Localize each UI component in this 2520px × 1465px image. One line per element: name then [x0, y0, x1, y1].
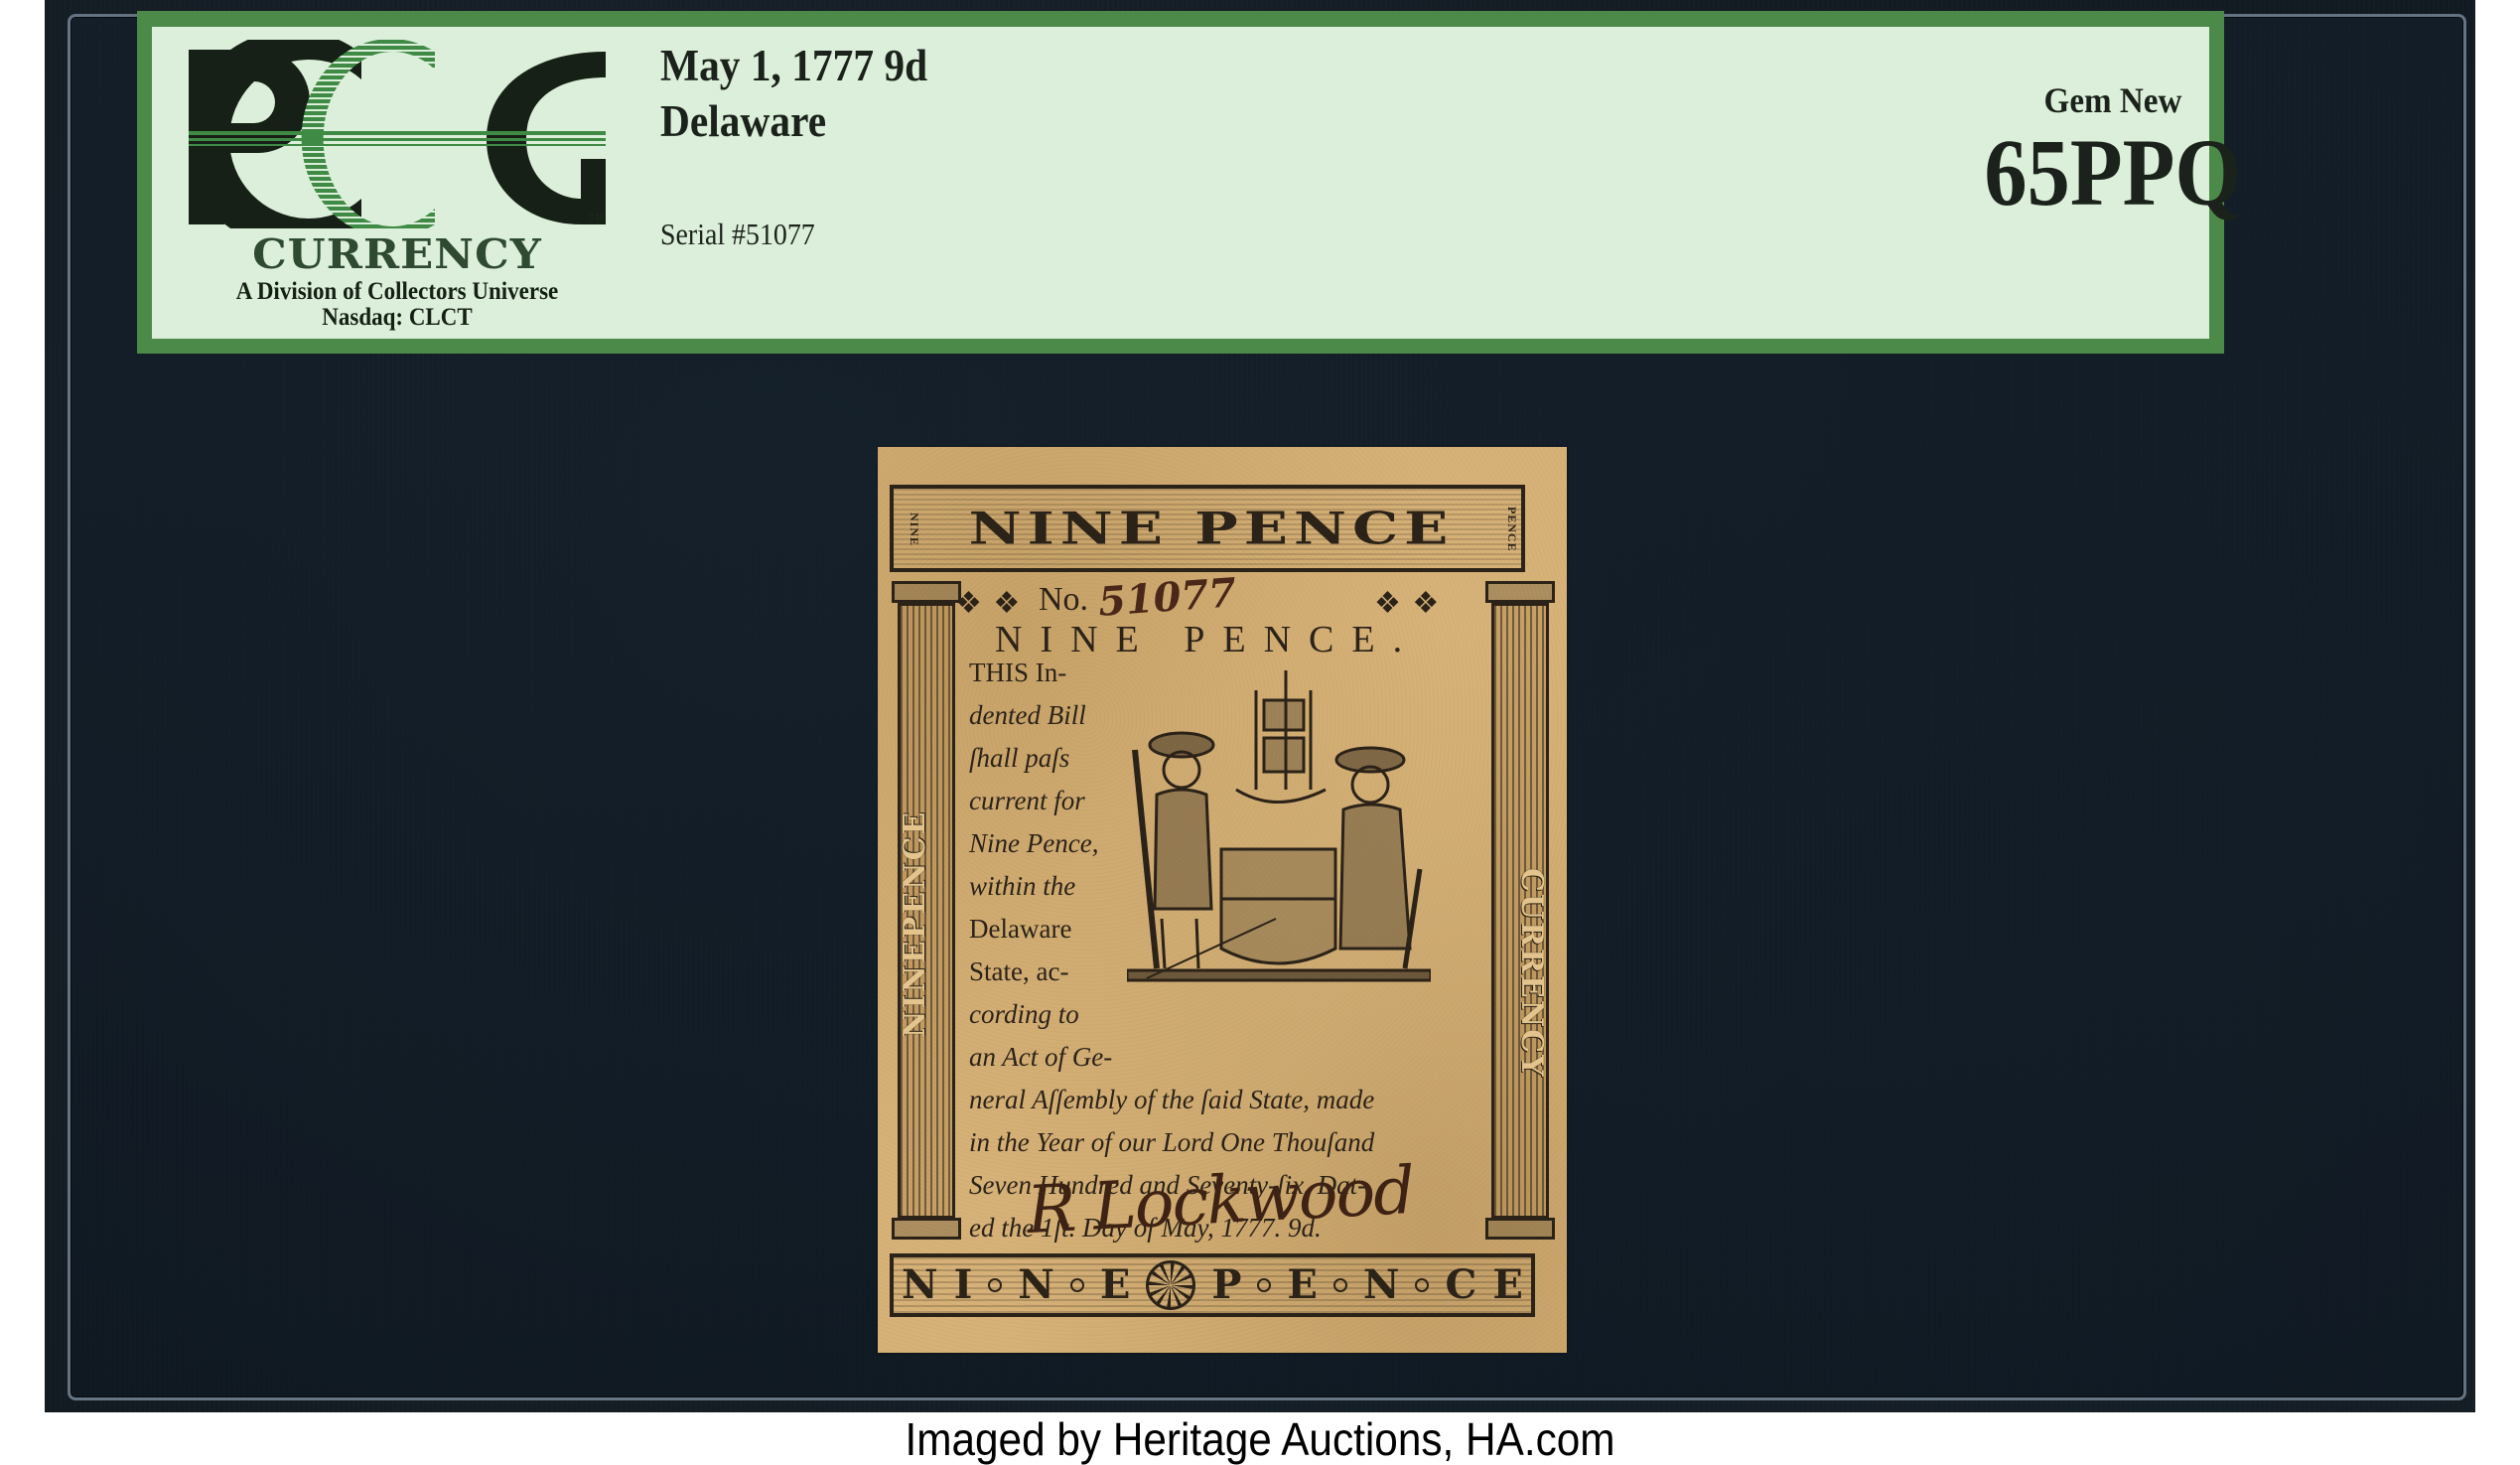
top-border-left-text: NINE	[896, 495, 921, 564]
separator-dot-icon	[988, 1278, 1002, 1292]
top-border-right-text: PENCE	[1493, 495, 1519, 564]
body-line: within the	[969, 865, 1128, 908]
image-credit-caption: Imaged by Heritage Auctions, HA.com	[101, 1414, 2420, 1465]
body-line: Delaware	[969, 908, 1128, 951]
bottom-border-letter: P	[1211, 1265, 1241, 1305]
body-line: ſhall paſs	[969, 737, 1128, 780]
bottom-border-letter: N	[902, 1265, 938, 1305]
rosette-icon	[1146, 1260, 1195, 1310]
bottom-border-letter: N	[1018, 1265, 1054, 1305]
trademark-symbol: TM	[589, 213, 603, 223]
left-column-text: NINEPENCE	[898, 695, 955, 1152]
body-line: Nine Pence,	[969, 822, 1128, 865]
grade-value: 65PPQ	[1957, 125, 2270, 220]
body-line: dented Bill	[969, 694, 1128, 737]
bottom-border-letter: E	[1492, 1265, 1523, 1305]
bottom-border-letter: E	[1100, 1265, 1131, 1305]
separator-dot-icon	[1257, 1278, 1271, 1292]
bottom-border-panel: N I N E P E N C E	[890, 1253, 1535, 1317]
body-line: THIS In-	[969, 652, 1128, 694]
logo-division-text: A Division of Collectors Universe	[206, 278, 589, 306]
right-column-text: CURRENCY	[1491, 745, 1549, 1202]
body-line: State, ac-	[969, 951, 1128, 993]
ornament-left-icon: ❖ ❖	[955, 586, 1022, 621]
number-label: No.	[1039, 581, 1088, 619]
body-line: current for	[969, 780, 1128, 822]
ornament-right-icon: ❖ ❖	[1374, 586, 1441, 621]
grading-label: TM CURRENCY A Division of Collectors Uni…	[137, 11, 2224, 354]
bottom-border-letter: I	[954, 1265, 973, 1305]
separator-dot-icon	[1070, 1278, 1084, 1292]
note-title: May 1, 1777 9d	[660, 44, 927, 88]
vignette-engraving-icon	[1127, 651, 1431, 988]
bottom-border-letter: C	[1445, 1265, 1476, 1305]
note-state: Delaware	[660, 99, 826, 144]
pcgs-currency-logo: TM CURRENCY A Division of Collectors Uni…	[189, 40, 606, 338]
grading-label-panel: TM CURRENCY A Division of Collectors Uni…	[152, 27, 2209, 339]
bottom-border-letter: E	[1287, 1265, 1318, 1305]
body-text-narrow: THIS In- dented Bill ſhall paſs current …	[969, 652, 1128, 1079]
note-serial: Serial #51077	[660, 219, 815, 249]
logo-ticker-text: Nasdaq: CLCT	[206, 304, 589, 332]
pcgs-logo-icon	[189, 40, 606, 228]
separator-dot-icon	[1333, 1278, 1347, 1292]
left-column-capital	[892, 581, 961, 603]
body-line: an Act of Ge-	[969, 1036, 1128, 1079]
separator-dot-icon	[1415, 1278, 1429, 1292]
left-column-base	[892, 1218, 961, 1240]
right-column-base	[1485, 1218, 1555, 1240]
right-column-capital	[1485, 581, 1555, 603]
banknote: NINE NINE PENCE PENCE ❖ ❖ No. 51077 ❖ ❖ …	[878, 447, 1567, 1353]
bottom-border-letter: N	[1363, 1265, 1400, 1305]
body-line: cording to	[969, 993, 1128, 1036]
grade-description: Gem New	[1999, 82, 2227, 118]
top-border-panel: NINE NINE PENCE PENCE	[890, 485, 1525, 572]
body-line: neral Aſſembly of the ſaid State, made	[969, 1079, 1485, 1121]
logo-currency-text: CURRENCY	[176, 230, 618, 278]
top-border-text: NINE PENCE	[933, 504, 1489, 553]
